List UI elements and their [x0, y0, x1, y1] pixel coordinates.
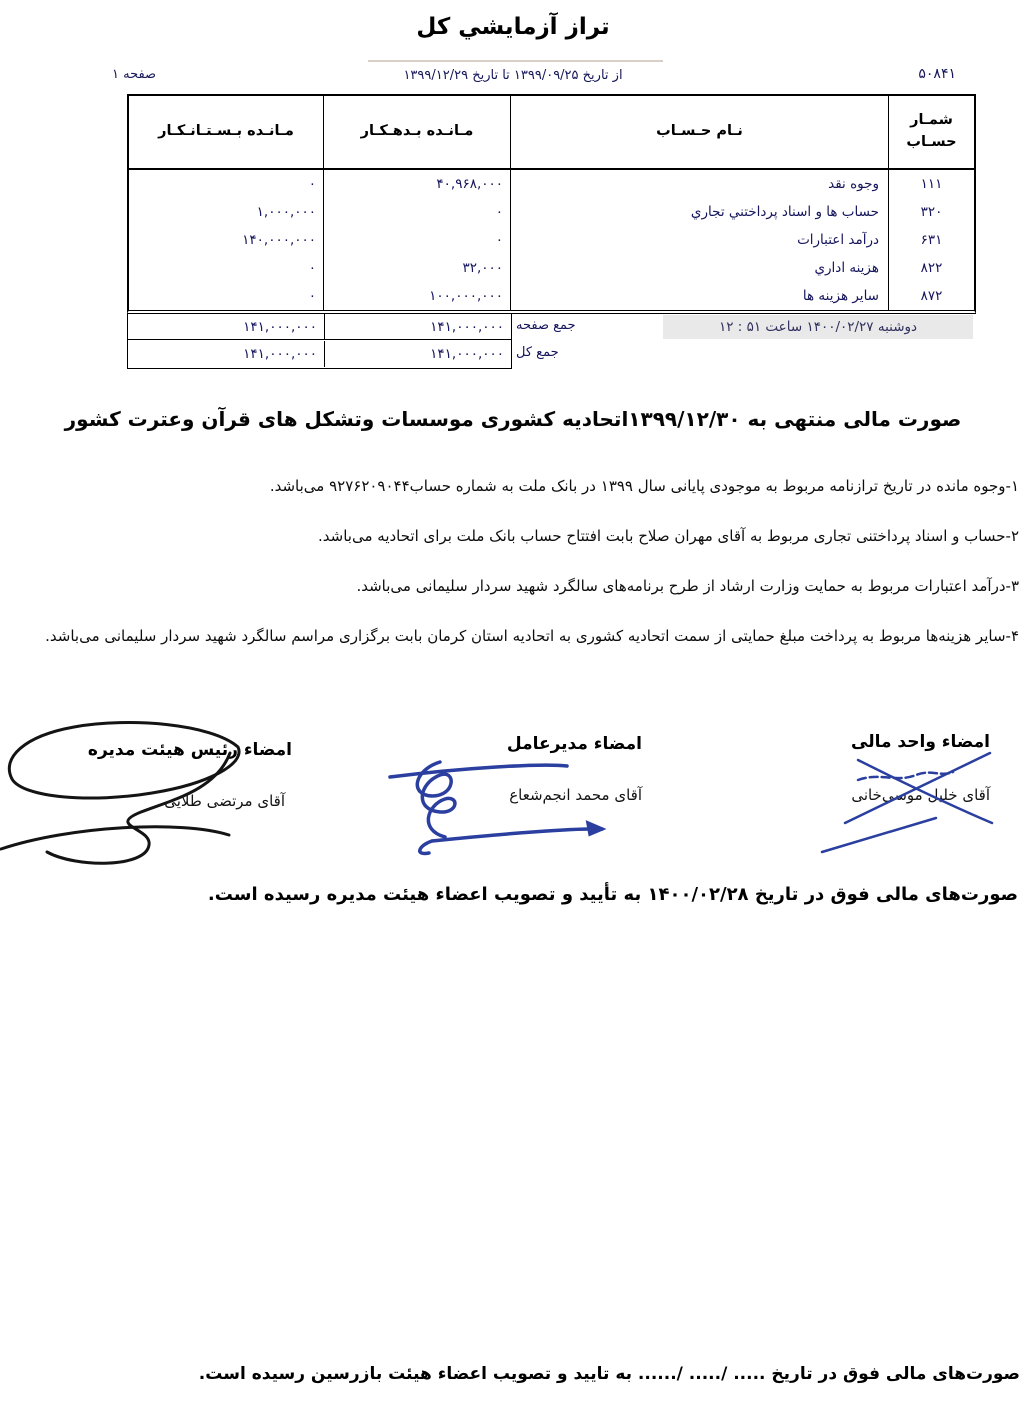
table-grid: شمـار حسـاب نـام حـسـاب مـانـده بـدهـكـا…: [127, 94, 976, 314]
page-number: صفحه ۱: [112, 67, 156, 82]
credit-cell: ۰: [129, 170, 323, 198]
credit-cell: ۰: [129, 254, 323, 282]
credit-cell: ۰: [129, 282, 323, 310]
statement-heading: صورت مالی منتهی به ۱۳۹۹/۱۲/۳۰اتحادیه کشو…: [0, 407, 1026, 431]
account-name-cell: هزينه اداري: [510, 254, 888, 282]
grand-total-label: جمع كل: [516, 345, 559, 360]
totals-section: ۱۴۱,۰۰۰,۰۰۰ ۱۴۱,۰۰۰,۰۰۰ ۱۴۱,۰۰۰,۰۰۰ ۱۴۱,…: [127, 314, 976, 374]
signature-title-financial-unit: امضاء واحد مالی: [851, 732, 990, 752]
trial-balance-table: شمـار حسـاب نـام حـسـاب مـانـده بـدهـكـا…: [127, 94, 976, 374]
signature-title-board-chairman: امضاء رئیس هیئت مدیره: [88, 740, 292, 760]
account-no-cell: ۸۷۲: [888, 282, 974, 310]
page-title: تراز آزمايشي كل: [0, 14, 1026, 40]
col-header-account-no: شمـار حسـاب: [888, 96, 974, 170]
credit-cell: ۱۴۰,۰۰۰,۰۰۰: [129, 226, 323, 254]
inspectors-approval-line: صورت‌های مالی فوق در تاریخ ..... /..... …: [199, 1364, 1020, 1384]
account-name-cell: ساير هزينه ها: [510, 282, 888, 310]
debit-cell: ۱۰۰,۰۰۰,۰۰۰: [323, 282, 510, 310]
account-no-cell: ۱۱۱: [888, 170, 974, 198]
signature-name-board-chairman: آقای مرتضی طلایی: [164, 792, 285, 810]
note-payables: ۲-حساب و اسناد پرداختنی تجاری مربوط به آ…: [318, 527, 1019, 545]
credit-cell: ۱,۰۰۰,۰۰۰: [129, 198, 323, 226]
account-name-cell: وجوه نقد: [510, 170, 888, 198]
title-underline: [368, 60, 663, 62]
debit-cell: ۳۲,۰۰۰: [323, 254, 510, 282]
grand-total-debit: ۱۴۱,۰۰۰,۰۰۰: [324, 341, 511, 367]
note-credit-income: ۳-درآمد اعتبارات مربوط به حمایت وزارت ار…: [356, 577, 1019, 595]
col-header-account-name: نـام حـسـاب: [510, 96, 888, 170]
trial-balance-document: تراز آزمايشي كل ۵۰۸۴۱ از تاريخ ۱۳۹۹/۰۹/۲…: [0, 0, 1026, 1406]
account-name-cell: درآمد اعتبارات: [510, 226, 888, 254]
signature-name-managing-director: آقای محمد انجم‌شعاع: [509, 786, 642, 804]
page-total-debit: ۱۴۱,۰۰۰,۰۰۰: [324, 314, 511, 340]
signature-name-financial-unit: آقای خلیل موسی‌خانی: [851, 786, 990, 804]
account-name-cell: حساب ها و اسناد پرداختني تجاري: [510, 198, 888, 226]
debit-cell: ۴۰,۹۶۸,۰۰۰: [323, 170, 510, 198]
page-total-credit: ۱۴۱,۰۰۰,۰۰۰: [128, 314, 324, 340]
managing-director-signature-scribble: [390, 762, 602, 854]
account-no-cell: ۳۲۰: [888, 198, 974, 226]
totals-box: ۱۴۱,۰۰۰,۰۰۰ ۱۴۱,۰۰۰,۰۰۰ ۱۴۱,۰۰۰,۰۰۰ ۱۴۱,…: [127, 314, 512, 369]
signature-title-managing-director: امضاء مدیرعامل: [507, 734, 642, 754]
col-header-credit: مـانـده بـسـتـانـكـار: [129, 96, 323, 170]
page-total-label: جمع صفحه: [516, 318, 576, 333]
account-no-cell: ۸۲۲: [888, 254, 974, 282]
board-approval-line: صورت‌های مالی فوق در تاریخ ۱۴۰۰/۰۲/۲۸ به…: [208, 884, 1018, 905]
grand-total-credit: ۱۴۱,۰۰۰,۰۰۰: [128, 341, 324, 367]
col-header-debit: مـانـده بـدهـكـار: [323, 96, 510, 170]
print-timestamp: دوشنبه ۱۴۰۰/۰۲/۲۷ ساعت ۵۱ : ۱۲: [663, 315, 973, 339]
account-no-cell: ۶۳۱: [888, 226, 974, 254]
note-cash: ۱-وجوه مانده در تاریخ ترازنامه مربوط به …: [270, 477, 1019, 495]
debit-cell: ۰: [323, 198, 510, 226]
debit-cell: ۰: [323, 226, 510, 254]
note-other-expenses: ۴-سایر هزینه‌ها مربوط به پرداخت مبلغ حما…: [45, 627, 1019, 645]
